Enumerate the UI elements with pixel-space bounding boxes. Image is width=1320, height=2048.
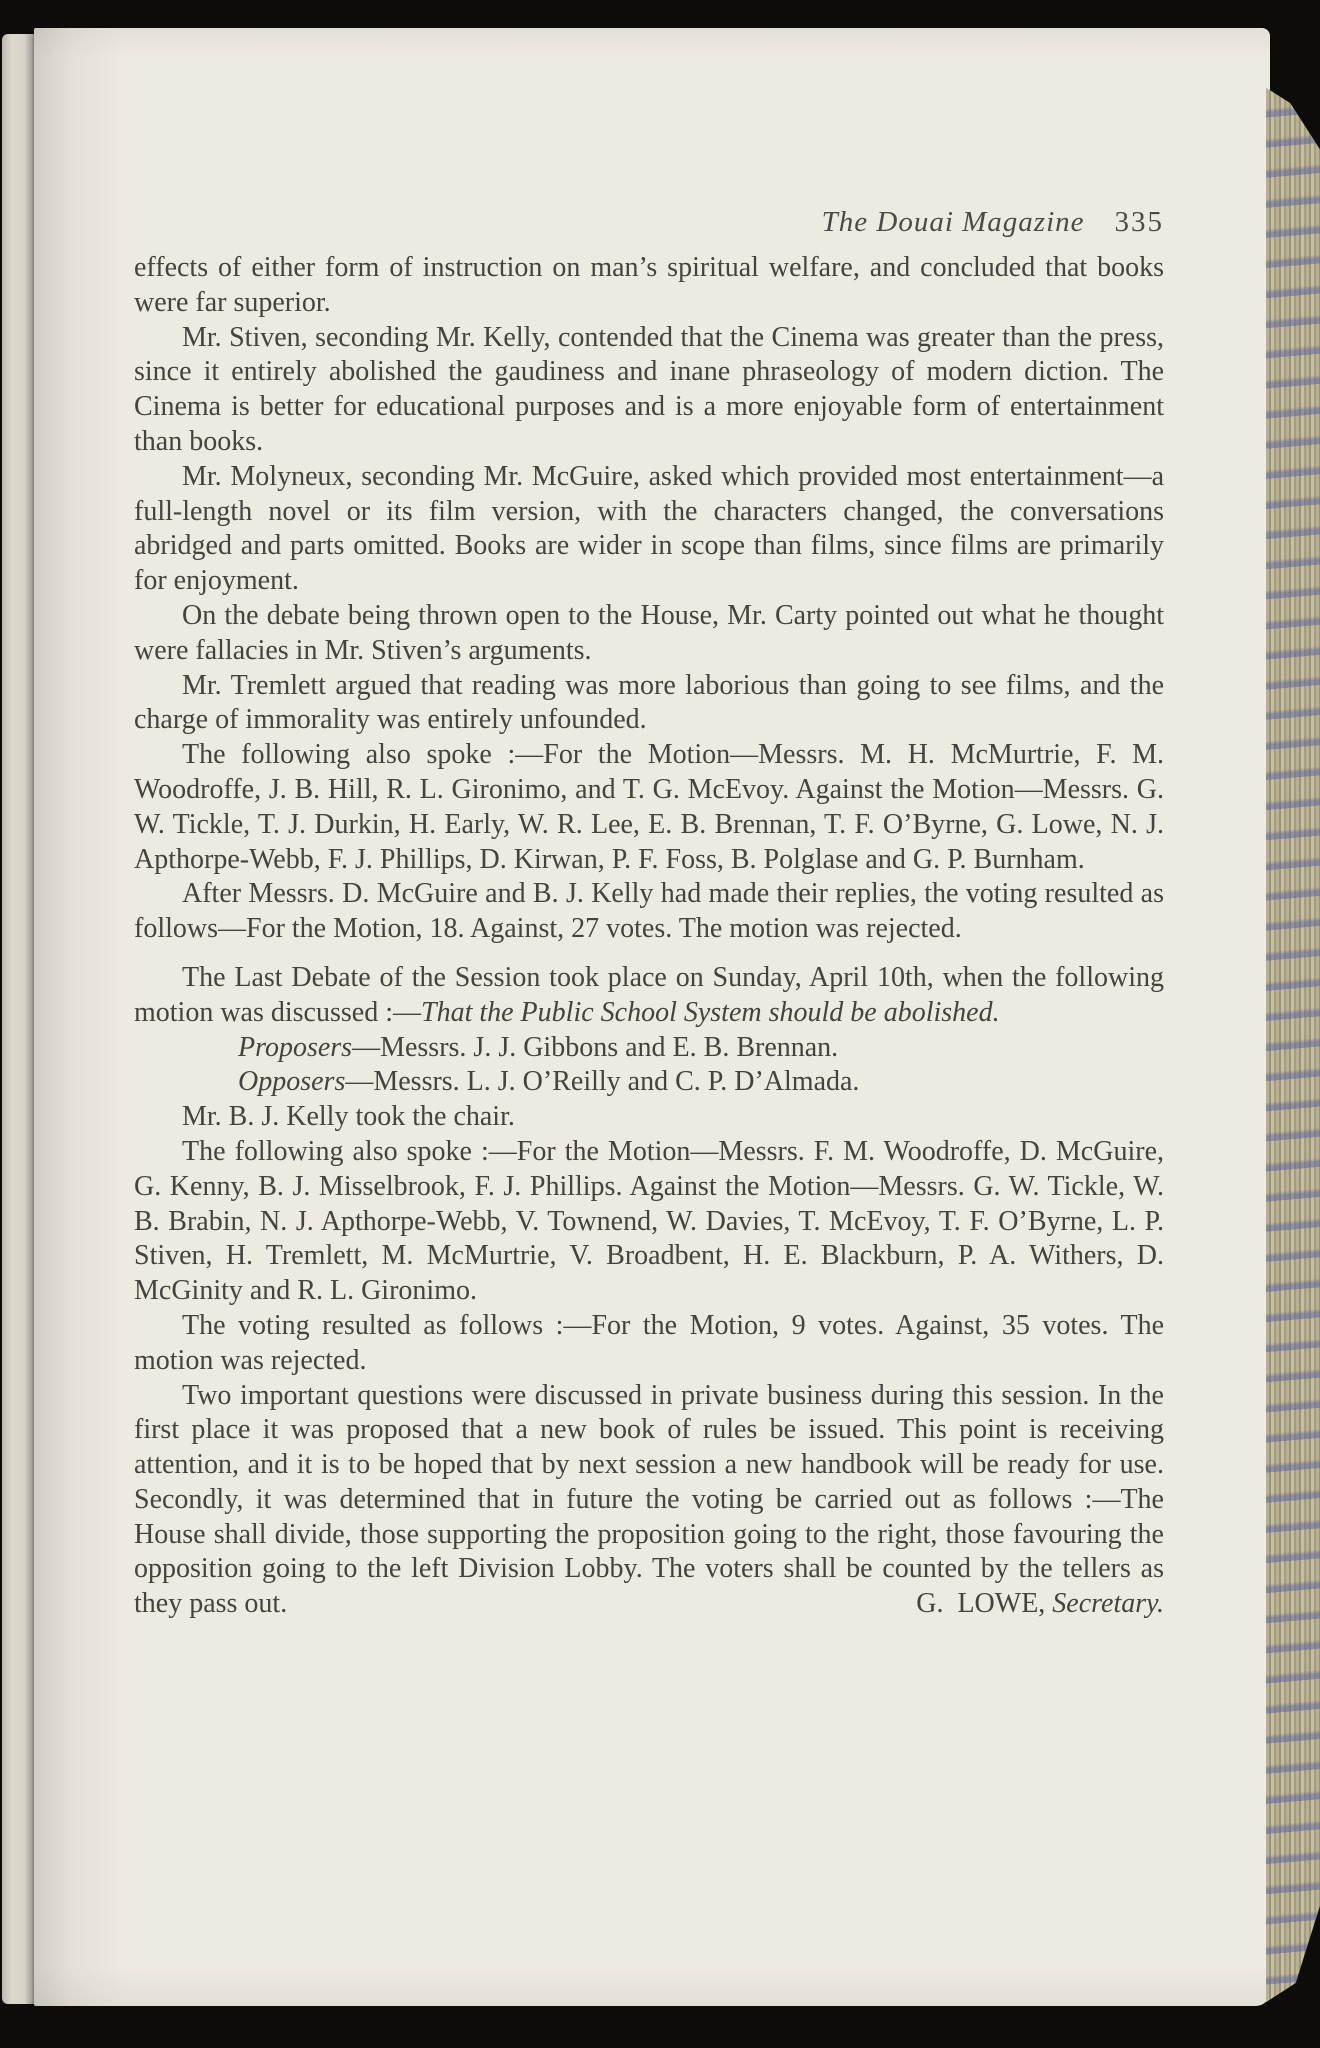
text-run: Two important questions were discussed i… bbox=[134, 1380, 1164, 1620]
magazine-title: The Douai Magazine bbox=[822, 206, 1085, 238]
text-run: The following also spoke :—For the Motio… bbox=[134, 1136, 1164, 1306]
text-run: The following also spoke :—For the Motio… bbox=[134, 739, 1164, 874]
scanned-book-photo: { "header": { "title": "The Douai Magazi… bbox=[0, 0, 1320, 2048]
text-run: After Messrs. D. McGuire and B. J. Kelly… bbox=[134, 878, 1164, 944]
text-run: G. LOWE, bbox=[916, 1588, 1052, 1619]
italic-text-run: Proposers bbox=[238, 1032, 352, 1063]
paragraph: Opposers—Messrs. L. J. O’Reilly and C. P… bbox=[134, 1065, 1164, 1100]
italic-text-run: Opposers bbox=[238, 1066, 345, 1097]
paragraph: Mr. Tremlett argued that reading was mor… bbox=[134, 669, 1164, 739]
text-run: Mr. Stiven, seconding Mr. Kelly, contend… bbox=[134, 322, 1164, 457]
page-content: The Douai Magazine335 effects of either … bbox=[134, 204, 1164, 1622]
paragraph: Proposers—Messrs. J. J. Gibbons and E. B… bbox=[134, 1031, 1164, 1066]
secretary-signature: G. LOWE, Secretary. bbox=[134, 1587, 1164, 1622]
text-run: On the debate being thrown open to the H… bbox=[134, 600, 1164, 666]
paragraph: The following also spoke :—For the Motio… bbox=[134, 1135, 1164, 1309]
italic-text-run: Secretary. bbox=[1052, 1588, 1164, 1619]
body-text: effects of either form of instruction on… bbox=[134, 251, 1164, 1622]
previous-page-edge bbox=[2, 34, 34, 2004]
paragraph: After Messrs. D. McGuire and B. J. Kelly… bbox=[134, 877, 1164, 947]
text-run: Mr. B. J. Kelly took the chair. bbox=[182, 1101, 515, 1132]
paragraph: The Last Debate of the Session took plac… bbox=[134, 961, 1164, 1031]
text-run: —Messrs. J. J. Gibbons and E. B. Brennan… bbox=[352, 1032, 838, 1063]
paragraph: Mr. Molyneux, seconding Mr. McGuire, ask… bbox=[134, 460, 1164, 599]
italic-text-run: That the Public School System should be … bbox=[421, 997, 1000, 1028]
text-run: Mr. Tremlett argued that reading was mor… bbox=[134, 670, 1164, 736]
text-run: —Messrs. L. J. O’Reilly and C. P. D’Alma… bbox=[345, 1066, 859, 1097]
running-head: The Douai Magazine335 bbox=[134, 204, 1164, 240]
paragraph: On the debate being thrown open to the H… bbox=[134, 599, 1164, 669]
fore-edge-pages bbox=[1266, 80, 1320, 2010]
paragraph: The following also spoke :—For the Motio… bbox=[134, 738, 1164, 877]
paragraph: Two important questions were discussed i… bbox=[134, 1379, 1164, 1623]
page-number: 335 bbox=[1115, 206, 1165, 238]
paragraph: effects of either form of instruction on… bbox=[134, 251, 1164, 321]
paragraph: The voting resulted as follows :—For the… bbox=[134, 1309, 1164, 1379]
book-page: The Douai Magazine335 effects of either … bbox=[34, 28, 1270, 2006]
paragraph: Mr. B. J. Kelly took the chair. bbox=[134, 1100, 1164, 1135]
text-run: The voting resulted as follows :—For the… bbox=[134, 1310, 1164, 1376]
text-run: Mr. Molyneux, seconding Mr. McGuire, ask… bbox=[134, 461, 1164, 596]
text-run: effects of either form of instruction on… bbox=[134, 252, 1164, 318]
paragraph: Mr. Stiven, seconding Mr. Kelly, contend… bbox=[134, 321, 1164, 460]
